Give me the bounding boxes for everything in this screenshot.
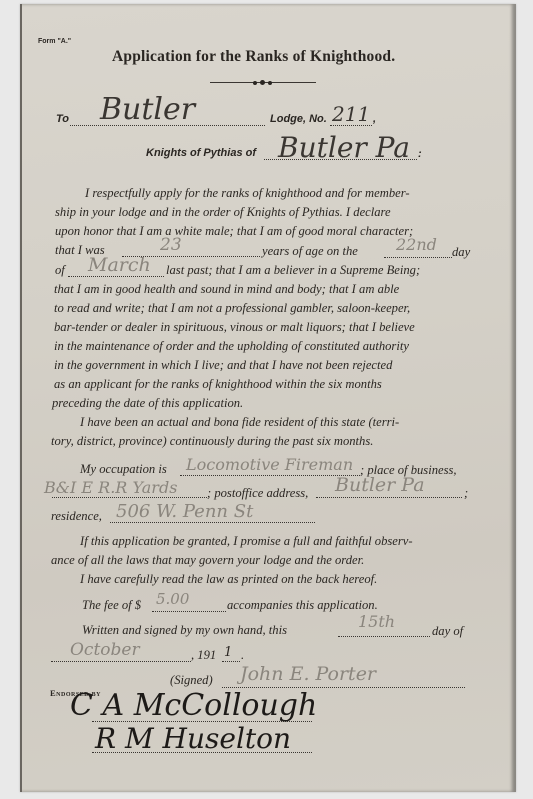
written-year-line (222, 661, 240, 662)
body-line: preceding the date of this application. (52, 396, 243, 411)
postoffice-label: ; postoffice address, (207, 486, 308, 501)
residence-field-value[interactable]: 506 W. Penn St (116, 501, 253, 522)
kop-label: Knights of Pythias of (146, 147, 256, 159)
endorser-1-signature[interactable]: C A McCollough (70, 688, 317, 723)
business-field-value[interactable]: B&I E R.R Yards (44, 478, 177, 497)
month-field-line (68, 276, 164, 277)
endorser-2-signature[interactable]: R M Huselton (95, 722, 291, 755)
age-mid: years of age on the (262, 244, 358, 259)
day-field-line (384, 257, 452, 258)
residence-field-line (110, 522, 315, 523)
written-month-field-line (51, 661, 191, 662)
postoffice-end: ; (464, 486, 468, 501)
title-divider-ornament (210, 80, 316, 86)
month-suffix: last past; that I am a believer in a Sup… (166, 263, 420, 278)
lodge-end-comma: , (373, 113, 376, 125)
fee-field-value[interactable]: 5.00 (156, 590, 189, 608)
business-field-line (52, 497, 207, 498)
day-suffix: day (452, 245, 470, 260)
body-line: to read and write; that I am not a profe… (54, 301, 410, 316)
form-title: Application for the Ranks of Knighthood. (112, 48, 395, 66)
day-field-value[interactable]: 22nd (396, 235, 437, 254)
body-line: as an applicant for the ranks of knighth… (54, 377, 382, 392)
postoffice-field-value[interactable]: Butler Pa (335, 474, 425, 496)
body-line: bar-tender or dealer in spirituous, vino… (54, 320, 415, 335)
lodge-field-value[interactable]: 211 (332, 102, 370, 126)
written-year-end: . (241, 648, 244, 663)
written-label: Written and signed by my own hand, this (82, 623, 287, 638)
body-line: ship in your lodge and in the order of K… (55, 205, 391, 220)
to-field-value[interactable]: Butler (100, 92, 195, 127)
written-day-field-value[interactable]: 15th (358, 612, 395, 631)
body-line: I respectfully apply for the ranks of kn… (85, 186, 410, 201)
body-line: in the maintenance of order and the upho… (54, 339, 409, 354)
body-line: ance of all the laws that may govern you… (51, 553, 364, 568)
occupation-label: My occupation is (80, 462, 167, 477)
occupation-field-line (180, 475, 360, 476)
fee-suffix: accompanies this application. (227, 598, 378, 613)
body-line: I have been an actual and bona fide resi… (80, 415, 399, 430)
fee-field-line (152, 611, 226, 612)
signed-label: (Signed) (170, 673, 213, 688)
month-field-value[interactable]: March (88, 254, 151, 276)
kop-field-value[interactable]: Butler Pa (278, 131, 410, 164)
residence-label: residence, (51, 509, 102, 524)
postoffice-field-line (316, 497, 462, 498)
body-line: If this application be granted, I promis… (80, 534, 413, 549)
written-month-field-value[interactable]: October (70, 640, 140, 660)
written-day-field-line (338, 636, 430, 637)
fee-label: The fee of $ (82, 598, 141, 613)
body-line: tory, district, province) continuously d… (51, 434, 373, 449)
to-label: To (56, 113, 69, 125)
applicant-signature[interactable]: John E. Porter (240, 663, 376, 685)
age-field-value[interactable]: 23 (160, 235, 182, 255)
month-prefix: of (55, 263, 65, 278)
written-year-prefix: , 191 (191, 648, 216, 663)
body-line: upon honor that I am a white male; that … (55, 224, 413, 239)
lodge-label: Lodge, No. (270, 113, 327, 125)
body-line: in the government in which I live; and t… (54, 358, 392, 373)
written-year-digit[interactable]: 1 (224, 645, 232, 660)
written-suffix: day of (432, 624, 463, 639)
form-label: Form "A." (38, 38, 71, 45)
body-line: that I am in good health and sound in mi… (54, 282, 399, 297)
occupation-field-value[interactable]: Locomotive Fireman (186, 455, 353, 474)
kop-end: : (418, 148, 422, 160)
body-line: I have carefully read the law as printed… (80, 572, 377, 587)
